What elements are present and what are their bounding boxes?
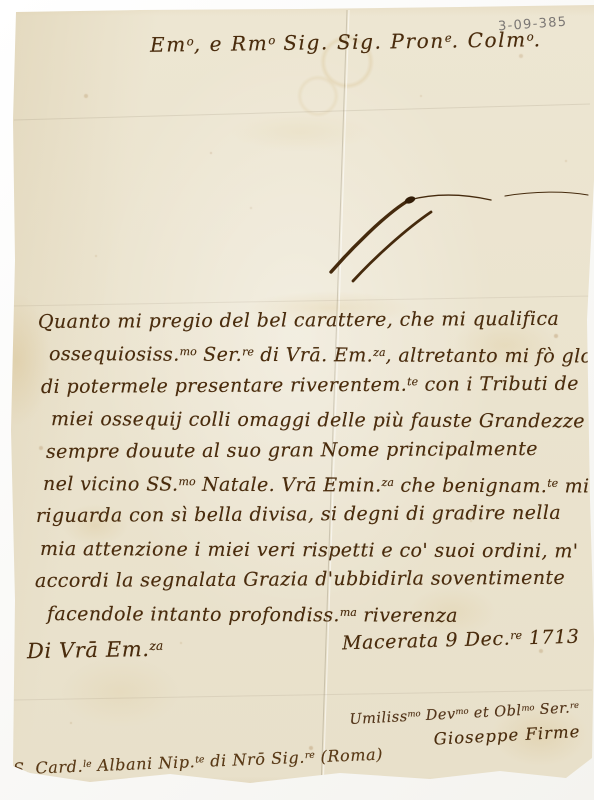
closing-formula: Di Vrā Em.za bbox=[27, 637, 164, 663]
foxing-specks bbox=[0, 0, 2, 2]
body-line: di potermele presentare riverentem.te co… bbox=[34, 367, 586, 403]
body-line: sempre douute al suo gran Nome principal… bbox=[34, 432, 586, 468]
letter-paper: Emo, e Rmo Sig. Sig. Prone. Colmo. 3-09-… bbox=[0, 0, 594, 800]
body-line: riguarda con sì bella divisa, si degni d… bbox=[34, 497, 586, 533]
scanner-background: Emo, e Rmo Sig. Sig. Prone. Colmo. 3-09-… bbox=[0, 0, 594, 800]
letter-body: Quanto mi pregio del bel carattere, che … bbox=[34, 306, 586, 630]
body-line: accordi la segnalata Grazia d'ubbidirla … bbox=[34, 562, 586, 598]
salutation-line: Emo, e Rmo Sig. Sig. Prone. Colmo. bbox=[150, 27, 542, 56]
address-line: S. Card.le Albani Nip.te di Nrō Sig.re (… bbox=[13, 745, 384, 779]
signature-block: Umilissmo Devmo et Oblmo Ser.re Gioseppe… bbox=[349, 700, 581, 753]
catalog-number: 3-09-385 bbox=[498, 15, 568, 35]
signature-name: Gioseppe Firme bbox=[350, 722, 581, 753]
body-line: Quanto mi pregio del bel carattere, che … bbox=[34, 303, 586, 339]
